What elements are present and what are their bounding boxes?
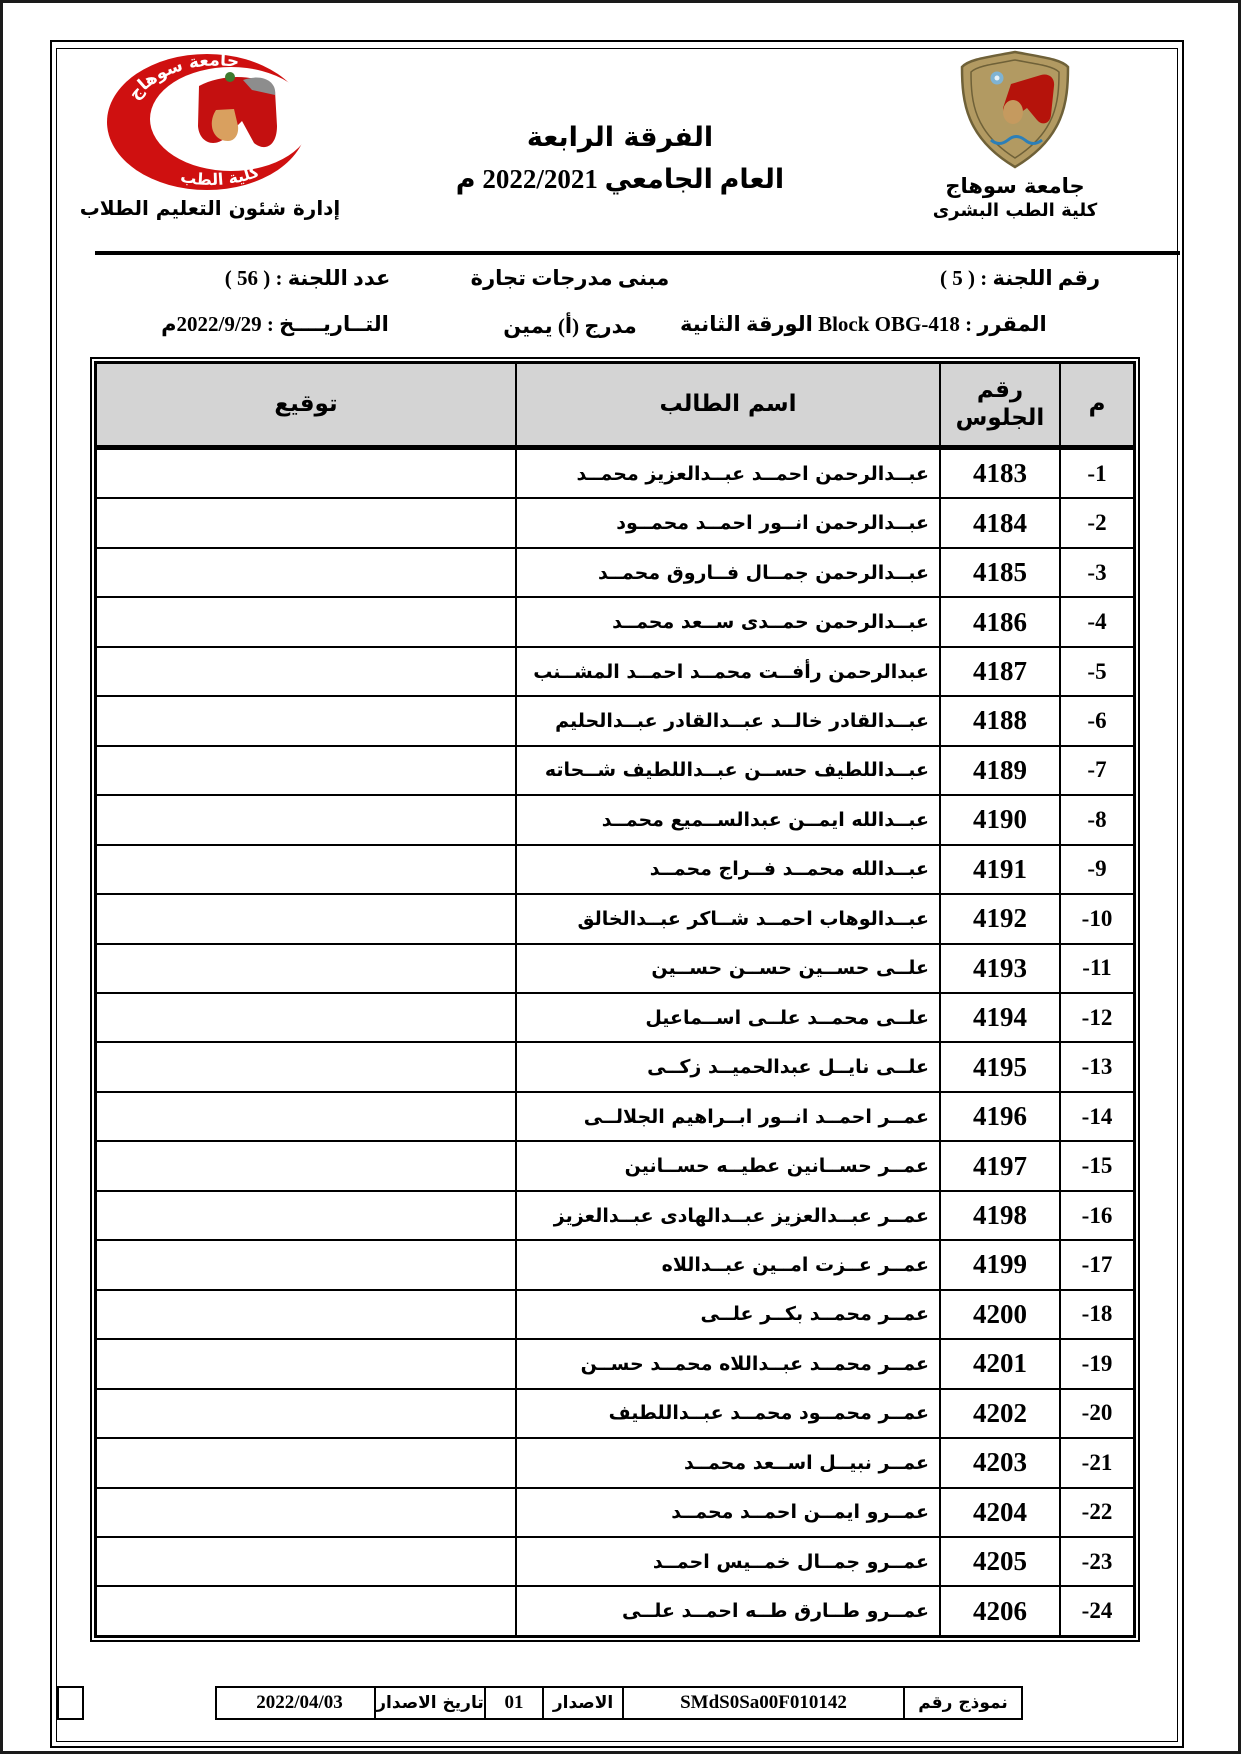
form-code: SMdS0Sa00F010142 bbox=[624, 1688, 905, 1718]
table-row: -194201عمــر محمــد عبــداللاه محمــد حس… bbox=[97, 1338, 1133, 1387]
row-serial: -2 bbox=[1059, 499, 1133, 546]
seat-number: 4186 bbox=[939, 598, 1059, 645]
header-signature: توقيع bbox=[97, 364, 515, 445]
table-row: -244206عمــرو طــارق طــه احمــد علــى bbox=[97, 1585, 1133, 1634]
signature-cell bbox=[97, 648, 515, 695]
form-number-label: نموذج رقم bbox=[905, 1688, 1021, 1718]
student-name: عبــدالله محمــد فــراج محمــد bbox=[515, 846, 939, 893]
seat-number: 4197 bbox=[939, 1142, 1059, 1189]
row-serial: -11 bbox=[1059, 945, 1133, 992]
row-serial: -14 bbox=[1059, 1093, 1133, 1140]
department-label: إدارة شئون التعليم الطلاب bbox=[70, 196, 350, 220]
student-name: عمــرو ايمــن احمــد محمــد bbox=[515, 1489, 939, 1536]
row-serial: -22 bbox=[1059, 1489, 1133, 1536]
table-row: -184200عمــر محمــد بكــر علــى bbox=[97, 1289, 1133, 1338]
hall-name: مدرج (أ) يمين bbox=[462, 314, 678, 339]
student-name: علــى حســين حســن حســين bbox=[515, 945, 939, 992]
table-row: -214203عمــر نبيــل اســعد محمــد bbox=[97, 1437, 1133, 1486]
course-name: المقرر : Block OBG-418 الورقة الثانية bbox=[680, 312, 1165, 337]
signature-cell bbox=[97, 1390, 515, 1437]
row-serial: -18 bbox=[1059, 1291, 1133, 1338]
seat-number: 4192 bbox=[939, 895, 1059, 942]
issue-date: 2022/04/03 bbox=[225, 1688, 376, 1718]
student-name: عمــر عــزت امــين عبــداللاه bbox=[515, 1241, 939, 1288]
row-serial: -15 bbox=[1059, 1142, 1133, 1189]
student-name: عبــدالرحمن جمــال فــاروق محمــد bbox=[515, 549, 939, 596]
row-serial: -6 bbox=[1059, 697, 1133, 744]
table-body: -14183عبــدالرحمن احمــد عبــدالعزيز محم… bbox=[97, 450, 1133, 1635]
seat-number: 4200 bbox=[939, 1291, 1059, 1338]
issue-date-label: تاريخ الاصدار bbox=[376, 1688, 486, 1718]
table-row: -204202عمــر محمــود محمــد عبــداللطيف bbox=[97, 1388, 1133, 1437]
student-name: عبــدالرحمن حمــدى ســعد محمــد bbox=[515, 598, 939, 645]
row-serial: -12 bbox=[1059, 994, 1133, 1041]
table-row: -124194علــى محمــد علــى اســماعيل bbox=[97, 992, 1133, 1041]
row-serial: -17 bbox=[1059, 1241, 1133, 1288]
signature-cell bbox=[97, 846, 515, 893]
seat-number: 4184 bbox=[939, 499, 1059, 546]
table-row: -114193علــى حســين حســن حســين bbox=[97, 943, 1133, 992]
seat-number: 4206 bbox=[939, 1587, 1059, 1634]
signature-cell bbox=[97, 1093, 515, 1140]
table-row: -134195علــى نايــل عبدالحميــد زكــى bbox=[97, 1041, 1133, 1090]
seat-number: 4187 bbox=[939, 648, 1059, 695]
student-name: عمــر نبيــل اســعد محمــد bbox=[515, 1439, 939, 1486]
student-name: علــى نايــل عبدالحميــد زكــى bbox=[515, 1043, 939, 1090]
header-student-name: اسم الطالب bbox=[515, 364, 939, 445]
student-name: عمــر محمــد عبــداللاه محمــد حســن bbox=[515, 1340, 939, 1387]
table-row: -174199عمــر عــزت امــين عبــداللاه bbox=[97, 1239, 1133, 1288]
row-serial: -20 bbox=[1059, 1390, 1133, 1437]
table-row: -54187عبدالرحمن رأفــت محمــد احمــد الم… bbox=[97, 646, 1133, 695]
student-name: عمــر عبــدالعزيز عبــدالهادى عبــدالعزي… bbox=[515, 1192, 939, 1239]
row-serial: -7 bbox=[1059, 747, 1133, 794]
row-serial: -16 bbox=[1059, 1192, 1133, 1239]
seat-number: 4194 bbox=[939, 994, 1059, 1041]
student-name: علــى محمــد علــى اســماعيل bbox=[515, 994, 939, 1041]
row-serial: -24 bbox=[1059, 1587, 1133, 1634]
committee-count: عدد اللجنة : ( 56 ) bbox=[205, 266, 410, 291]
faculty-name: كلية الطب البشرى bbox=[885, 200, 1145, 221]
faculty-crescent-logo: جامعة سوهاج كلية الطب bbox=[103, 50, 323, 195]
seat-number: 4188 bbox=[939, 697, 1059, 744]
row-serial: -1 bbox=[1059, 450, 1133, 497]
row-serial: -10 bbox=[1059, 895, 1133, 942]
form-footer: نموذج رقم SMdS0Sa00F010142 الاصدار 01 تا… bbox=[215, 1686, 1023, 1720]
scanned-exam-attendance-sheet: { "header": { "dept_label": "إدارة شئون … bbox=[0, 0, 1241, 1754]
signature-cell bbox=[97, 1538, 515, 1585]
header-divider-rule bbox=[95, 251, 1180, 255]
seat-number: 4193 bbox=[939, 945, 1059, 992]
student-name: عبــدالوهاب احمــد شــاكر عبــدالخالق bbox=[515, 895, 939, 942]
student-name: عمــر محمــد بكــر علــى bbox=[515, 1291, 939, 1338]
table-row: -74189عبــداللطيف حســن عبــداللطيف شــح… bbox=[97, 745, 1133, 794]
seat-number: 4196 bbox=[939, 1093, 1059, 1140]
seat-number: 4199 bbox=[939, 1241, 1059, 1288]
row-serial: -21 bbox=[1059, 1439, 1133, 1486]
shield-face bbox=[1003, 100, 1023, 124]
row-serial: -23 bbox=[1059, 1538, 1133, 1585]
seat-number: 4189 bbox=[939, 747, 1059, 794]
table-row: -104192عبــدالوهاب احمــد شــاكر عبــدال… bbox=[97, 893, 1133, 942]
academic-year-title: العام الجامعي 2022/2021 م bbox=[380, 164, 860, 195]
signature-cell bbox=[97, 598, 515, 645]
student-name: عبــدالرحمن انــور احمــد محمــود bbox=[515, 499, 939, 546]
seat-number: 4202 bbox=[939, 1390, 1059, 1437]
table-row: -94191عبــدالله محمــد فــراج محمــد bbox=[97, 844, 1133, 893]
table-header-row: م رقم الجلوس اسم الطالب توقيع bbox=[97, 364, 1133, 450]
signature-cell bbox=[97, 895, 515, 942]
signature-cell bbox=[97, 1043, 515, 1090]
university-name: جامعة سوهاج bbox=[895, 174, 1135, 198]
student-name: عمــرو جمــال خمــيس احمــد bbox=[515, 1538, 939, 1585]
seat-number: 4201 bbox=[939, 1340, 1059, 1387]
seat-number: 4191 bbox=[939, 846, 1059, 893]
student-name: عبــداللطيف حســن عبــداللطيف شــحاته bbox=[515, 747, 939, 794]
table-row: -164198عمــر عبــدالعزيز عبــدالهادى عبـ… bbox=[97, 1190, 1133, 1239]
signature-cell bbox=[97, 945, 515, 992]
signature-cell bbox=[97, 1439, 515, 1486]
signature-cell bbox=[97, 549, 515, 596]
signature-cell bbox=[97, 994, 515, 1041]
margin-checkbox bbox=[57, 1686, 84, 1720]
student-name: عبــدالقادر خالــد عبــدالقادر عبــدالحل… bbox=[515, 697, 939, 744]
table-row: -224204عمــرو ايمــن احمــد محمــد bbox=[97, 1487, 1133, 1536]
signature-cell bbox=[97, 450, 515, 497]
signature-cell bbox=[97, 1241, 515, 1288]
student-name: عبــدالله ايمــن عبدالســميع محمــد bbox=[515, 796, 939, 843]
seat-number: 4198 bbox=[939, 1192, 1059, 1239]
signature-cell bbox=[97, 697, 515, 744]
row-serial: -13 bbox=[1059, 1043, 1133, 1090]
issue-number: 01 bbox=[486, 1688, 544, 1718]
row-serial: -5 bbox=[1059, 648, 1133, 695]
student-name: عمــر حســانين عطيــه حســانين bbox=[515, 1142, 939, 1189]
header-serial: م bbox=[1059, 364, 1133, 445]
seat-number: 4204 bbox=[939, 1489, 1059, 1536]
header-seat-number: رقم الجلوس bbox=[939, 364, 1059, 445]
table-row: -154197عمــر حســانين عطيــه حســانين bbox=[97, 1140, 1133, 1189]
seat-number: 4205 bbox=[939, 1538, 1059, 1585]
table-row: -44186عبــدالرحمن حمــدى ســعد محمــد bbox=[97, 596, 1133, 645]
seat-number: 4190 bbox=[939, 796, 1059, 843]
row-serial: -8 bbox=[1059, 796, 1133, 843]
student-name: عمــر احمــد انــور ابــراهيم الجلالــى bbox=[515, 1093, 939, 1140]
row-serial: -19 bbox=[1059, 1340, 1133, 1387]
committee-number: رقم اللجنة : ( 5 ) bbox=[940, 266, 1165, 291]
table-row: -34185عبــدالرحمن جمــال فــاروق محمــد bbox=[97, 547, 1133, 596]
seat-number: 4183 bbox=[939, 450, 1059, 497]
grade-title: الفرقة الرابعة bbox=[420, 122, 820, 153]
seat-number: 4185 bbox=[939, 549, 1059, 596]
attendance-table: م رقم الجلوس اسم الطالب توقيع -14183عبــ… bbox=[90, 357, 1140, 1642]
seat-number: 4195 bbox=[939, 1043, 1059, 1090]
student-name: عبدالرحمن رأفــت محمــد احمــد المشــنب bbox=[515, 648, 939, 695]
signature-cell bbox=[97, 796, 515, 843]
seat-number: 4203 bbox=[939, 1439, 1059, 1486]
signature-cell bbox=[97, 1291, 515, 1338]
table-row: -234205عمــرو جمــال خمــيس احمــد bbox=[97, 1536, 1133, 1585]
row-serial: -3 bbox=[1059, 549, 1133, 596]
table-row: -14183عبــدالرحمن احمــد عبــدالعزيز محم… bbox=[97, 450, 1133, 497]
student-name: عمــر محمــود محمــد عبــداللطيف bbox=[515, 1390, 939, 1437]
table-row: -24184عبــدالرحمن انــور احمــد محمــود bbox=[97, 497, 1133, 546]
signature-cell bbox=[97, 1489, 515, 1536]
signature-cell bbox=[97, 1340, 515, 1387]
university-shield-logo bbox=[953, 48, 1077, 172]
exam-date: التــاريــــخ : 2022/9/29م bbox=[135, 312, 415, 337]
issue-label: الاصدار bbox=[544, 1688, 624, 1718]
row-serial: -4 bbox=[1059, 598, 1133, 645]
table-row: -64188عبــدالقادر خالــد عبــدالقادر عبـ… bbox=[97, 695, 1133, 744]
signature-cell bbox=[97, 747, 515, 794]
exam-building: مبنى مدرجات تجارة bbox=[460, 266, 680, 291]
row-serial: -9 bbox=[1059, 846, 1133, 893]
signature-cell bbox=[97, 1192, 515, 1239]
student-name: عبــدالرحمن احمــد عبــدالعزيز محمــد bbox=[515, 450, 939, 497]
signature-cell bbox=[97, 1142, 515, 1189]
table-row: -144196عمــر احمــد انــور ابــراهيم الج… bbox=[97, 1091, 1133, 1140]
signature-cell bbox=[97, 1587, 515, 1634]
table-row: -84190عبــدالله ايمــن عبدالســميع محمــ… bbox=[97, 794, 1133, 843]
signature-cell bbox=[97, 499, 515, 546]
student-name: عمــرو طــارق طــه احمــد علــى bbox=[515, 1587, 939, 1634]
